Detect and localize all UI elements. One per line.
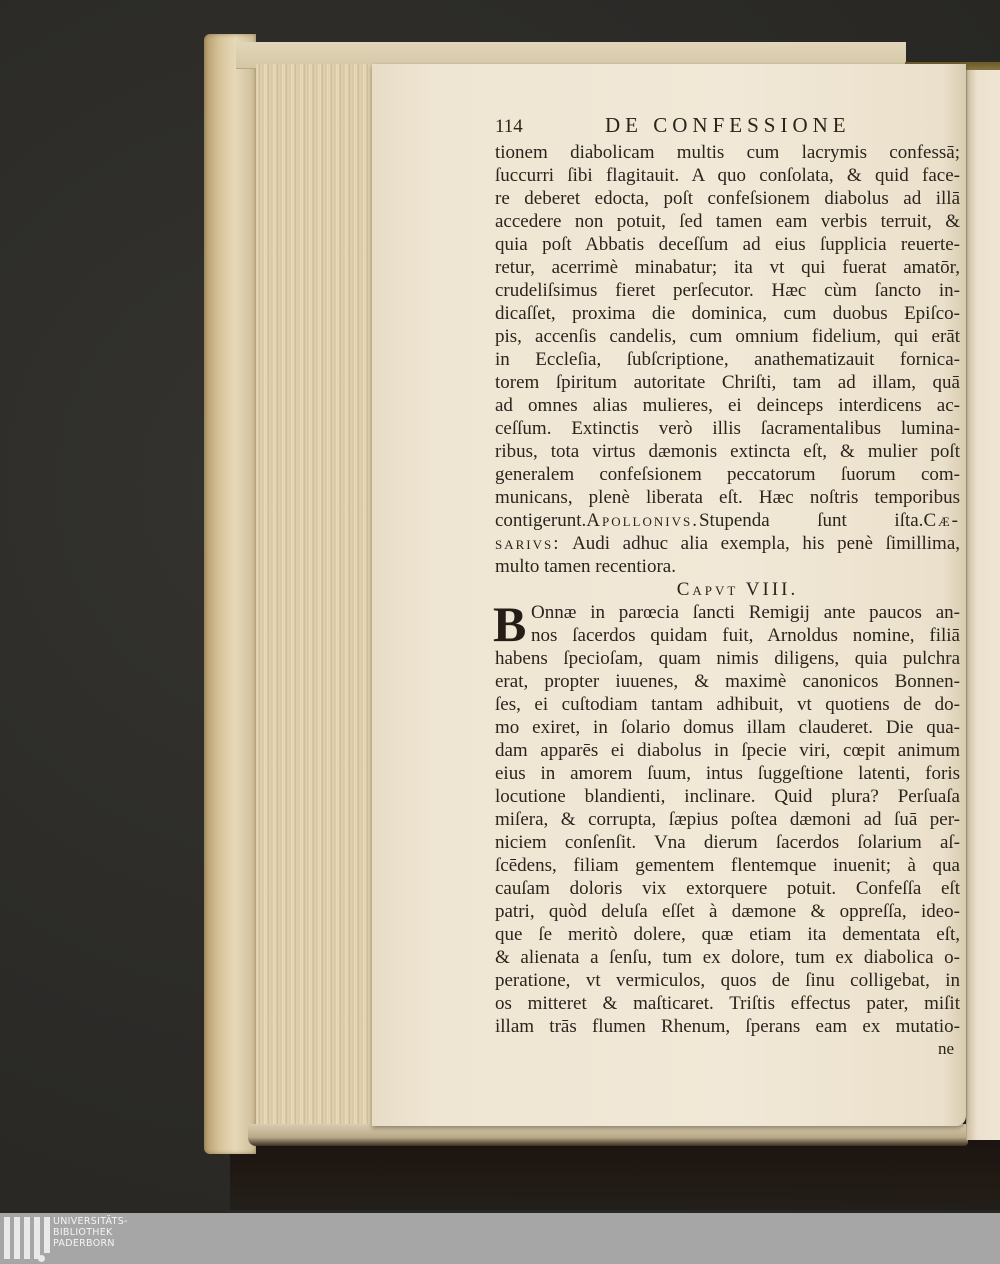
text-line: accedere non potuit, ſed tamen eam verbi… — [495, 210, 960, 233]
book-cover-left-edge — [204, 34, 256, 1154]
text-line: que ſe meritò dolere, quæ etiam ita deme… — [495, 923, 960, 946]
text-line-speaker: sarivs: Audi adhuc alia exempla, his pen… — [495, 532, 960, 555]
chapter-heading: Capvt VIII. — [495, 578, 960, 601]
text-line: dicaſſet, proxima die dominica, cum duob… — [495, 302, 960, 325]
text-line: dam apparēs ei diabolus in ſpecie viri, … — [495, 739, 960, 762]
institution-name: UNIVERSITÄTS- BIBLIOTHEK PADERBORN — [53, 1216, 128, 1249]
running-head: 114 DE CONFESSIONE — [495, 113, 960, 141]
speaker-name-caesarius-start: Cæ- — [923, 510, 960, 531]
text-line: torem ſpiritum autoritate Chriſti, tam a… — [495, 371, 960, 394]
institution-footer: UNIVERSITÄTS- BIBLIOTHEK PADERBORN — [0, 1213, 1000, 1264]
speaker-name-caesarius-end: sarivs: — [495, 533, 561, 554]
text-line: crudeliſsimus fieret perſecutor. Hæc cùm… — [495, 279, 960, 302]
text-line: Onnæ in parœcia ſancti Remigij ante pauc… — [495, 601, 960, 624]
text-line: quia poſt Abbatis deceſſum ad eius ſuppl… — [495, 233, 960, 256]
text-line: miſera, & corrupta, ſæpius poſtea dæmoni… — [495, 808, 960, 831]
institution-name-line: PADERBORN — [53, 1238, 128, 1249]
text-line: patri, quòd deluſa eſſet à dæmone & oppr… — [495, 900, 960, 923]
text-fragment: Stupenda ſunt iſta. — [699, 510, 923, 531]
text-line: multo tamen recentiora. — [495, 555, 960, 578]
text-line: ad omnes alias mulieres, ei deinceps int… — [495, 394, 960, 417]
page-number: 114 — [495, 116, 605, 138]
text-fragment: contigerunt. — [495, 510, 586, 531]
text-line: eius in amorem ſuum, intus ſuggeſtione l… — [495, 762, 960, 785]
text-line: in Eccleſia, ſubſcriptione, anathematiza… — [495, 348, 960, 371]
text-line: ceſſum. Extinctis verò illis ſacramental… — [495, 417, 960, 440]
text-fragment: Audi adhuc alia exempla, his penè ſimill… — [572, 533, 960, 554]
institution-name-line: BIBLIOTHEK — [53, 1227, 128, 1238]
logo-bar — [24, 1217, 30, 1259]
book-cover-bottom-edge — [248, 1124, 968, 1146]
logo-bar — [4, 1217, 10, 1259]
paragraph-2: B Onnæ in parœcia ſancti Remigij ante pa… — [495, 601, 960, 1038]
catchword: ne — [495, 1038, 960, 1060]
text-line: habens ſpecioſam, quam nimis diligens, q… — [495, 647, 960, 670]
logo-bar — [44, 1217, 50, 1253]
text-line: illam trās flumen Rhenum, ſperans eam ex… — [495, 1015, 960, 1038]
text-line: erat, propter iuuenes, & maximè canonico… — [495, 670, 960, 693]
page-stack-edge — [256, 64, 373, 1126]
speaker-name-apollonius: Apollonivs. — [586, 510, 699, 531]
page-text-block: 114 DE CONFESSIONE tionem diabolicam mul… — [495, 113, 960, 1060]
text-line: retur, acerrimè minabatur; ita vt qui fu… — [495, 256, 960, 279]
running-title: DE CONFESSIONE — [605, 113, 851, 138]
text-line: tionem diabolicam multis cum lacrymis co… — [495, 141, 960, 164]
logo-bar — [14, 1217, 20, 1259]
drop-cap-initial: B — [493, 601, 526, 647]
text-line: pis, accenſis candelis, cum omnium fidel… — [495, 325, 960, 348]
facing-page-edge — [966, 70, 1000, 1140]
text-line: peratione, vt vermiculos, quos de ſinu c… — [495, 969, 960, 992]
text-line: cauſam doloris vix extorquere potuit. Co… — [495, 877, 960, 900]
logo-dot — [38, 1255, 45, 1262]
text-line: mo exiret, in ſolario domus illam claude… — [495, 716, 960, 739]
text-line: ſuccurri ſibi flagitauit. A quo conſolat… — [495, 164, 960, 187]
text-line: ſcēdens, filiam gementem flentemque inue… — [495, 854, 960, 877]
text-line-speaker: contigerunt.Apollonivs.Stupenda ſunt iſt… — [495, 509, 960, 532]
text-line: generalem confeſsionem peccatorum ſuorum… — [495, 463, 960, 486]
text-line: os mitteret & maſticaret. Triſtis effect… — [495, 992, 960, 1015]
text-line: re deberet edocta, poſt confeſsionem dia… — [495, 187, 960, 210]
paragraph-1: tionem diabolicam multis cum lacrymis co… — [495, 141, 960, 578]
text-line: & alienata a ſenſu, tum ex dolore, tum e… — [495, 946, 960, 969]
book-shadow — [230, 1140, 1000, 1210]
text-line: municans, plenè liberata eſt. Hæc noſtri… — [495, 486, 960, 509]
text-line: ribus, tota virtus dæmonis extincta eſt,… — [495, 440, 960, 463]
text-line: niciem conſenſit. Vna dierum ſacerdos ſo… — [495, 831, 960, 854]
text-line: nos ſacerdos quidam fuit, Arnoldus nomin… — [495, 624, 960, 647]
text-line: ſes, ei cuſtodiam tantam adhibuit, vt qu… — [495, 693, 960, 716]
text-line: locutione blandienti, inclinare. Quid pl… — [495, 785, 960, 808]
institution-name-line: UNIVERSITÄTS- — [53, 1216, 128, 1227]
logo-bar — [34, 1217, 40, 1259]
